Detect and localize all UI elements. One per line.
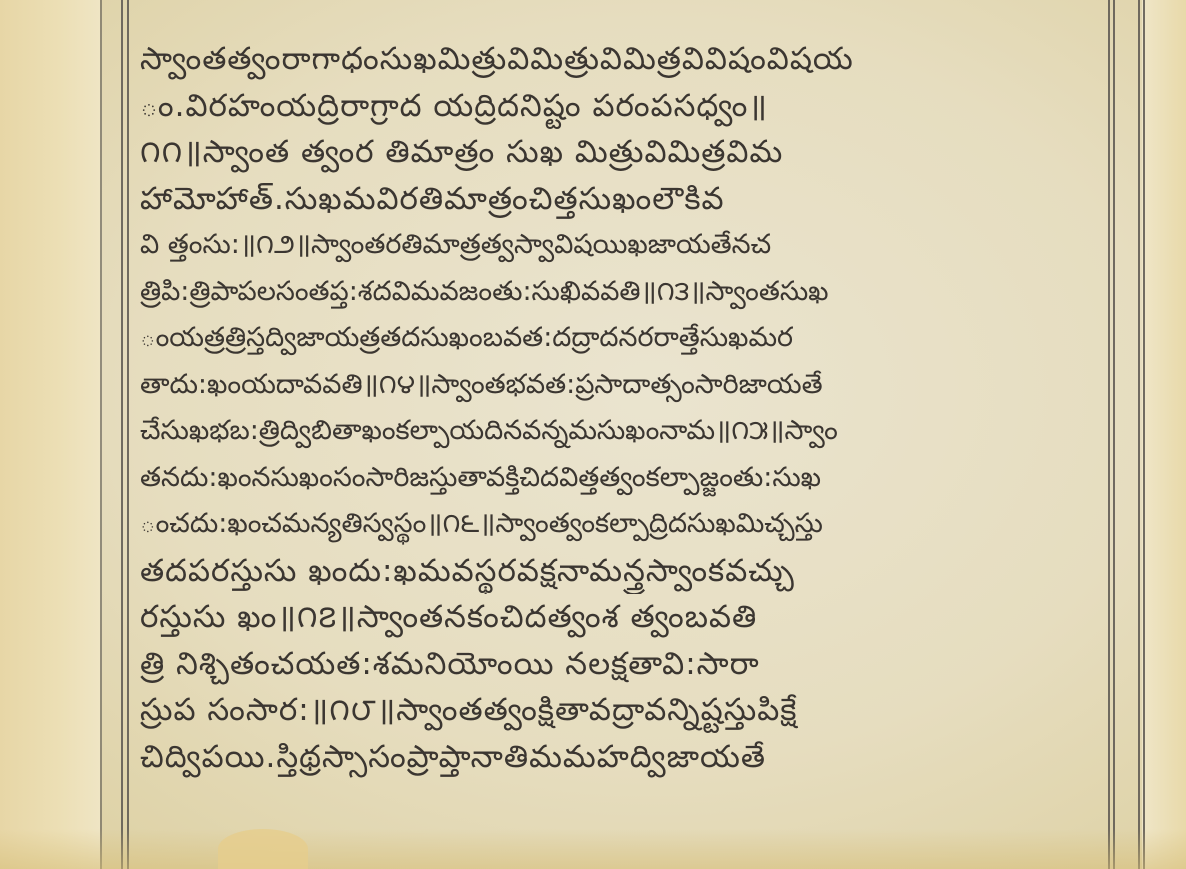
right-border-rule-inner-2 [1113,0,1115,869]
manuscript-text: స్వాంతత్వంరాగాధంసుఖమిత్రువిమిత్రువిమిత్ర… [140,36,1105,780]
stain-spot [218,829,308,869]
text-line: వి త్తంసు:॥౧౨॥స్వాంతరతిమాత్రత్వస్వావిషయి… [140,222,1105,269]
text-line: తనదు:ఖంనసుఖంసంసారిజస్తుతావక్తిచిదవిత్తత్… [140,455,1105,502]
text-line: త్రి నిశ్చితంచయత:శమనియోంయి నలక్షతావి:సార… [140,641,1105,688]
bottom-age-stain [0,829,1186,869]
text-line: తాదు:ఖంయదావవతి॥౧౪॥స్వాంతభవత:ప్రసాదాత్సంస… [140,362,1105,409]
text-line: ంయత్రత్రిస్తద్విజాయత్రతదసుఖంబవత:దద్రాదనర… [140,315,1105,362]
right-border-rule-outer [1138,0,1140,869]
text-line: ంచదు:ఖంచమన్యతిస్వస్థం॥౧౬॥స్వాంత్వంకల్పాద… [140,501,1105,548]
right-paper-margin [1142,0,1186,869]
left-border-rule-inner [127,0,129,869]
left-paper-margin [0,0,100,869]
text-line: త్రిపి:త్రిపాపలసంతప్త:శదవిమవజంతు:సుఖివవత… [140,269,1105,316]
text-line: స్రుప సంసార:॥౧౮॥స్వాంతత్వంక్షితావద్రావన్… [140,687,1105,734]
manuscript-page: స్వాంతత్వంరాగాధంసుఖమిత్రువిమిత్రువిమిత్ర… [0,0,1186,869]
left-border-rule-outer [100,0,102,869]
right-border-rule-inner [1108,0,1110,869]
text-line: రస్తుసు ఖం॥౧౭॥స్వాంతనకంచిదత్వంశ త్వంబవతి [140,594,1105,641]
text-line: ం.విరహంయద్రిరాగ్రాద యద్రిదనిష్టం పరంపసధ్… [140,83,1105,130]
right-border-rule-outer-2 [1143,0,1145,869]
text-line: చిద్విపయి.స్తిథ్రస్సాసంప్రాప్తానాతిమమహద్… [140,734,1105,781]
text-line: తదపరస్తుసు ఖందు:ఖమవస్థరవక్షనామన్త్రస్వాం… [140,548,1105,595]
text-line: హామోహాత్.సుఖమవిరతిమాత్రంచిత్తసుఖంలౌకివ [140,176,1105,223]
left-border-rule-middle [121,0,123,869]
text-line: ౧౧॥స్వాంత త్వంర తిమాత్రం సుఖ మిత్రువిమిత… [140,129,1105,176]
text-line: స్వాంతత్వంరాగాధంసుఖమిత్రువిమిత్రువిమిత్ర… [140,36,1105,83]
text-line: చేసుఖభబ:త్రిద్విబితాఖంకల్పాయదినవన్నమసుఖం… [140,408,1105,455]
